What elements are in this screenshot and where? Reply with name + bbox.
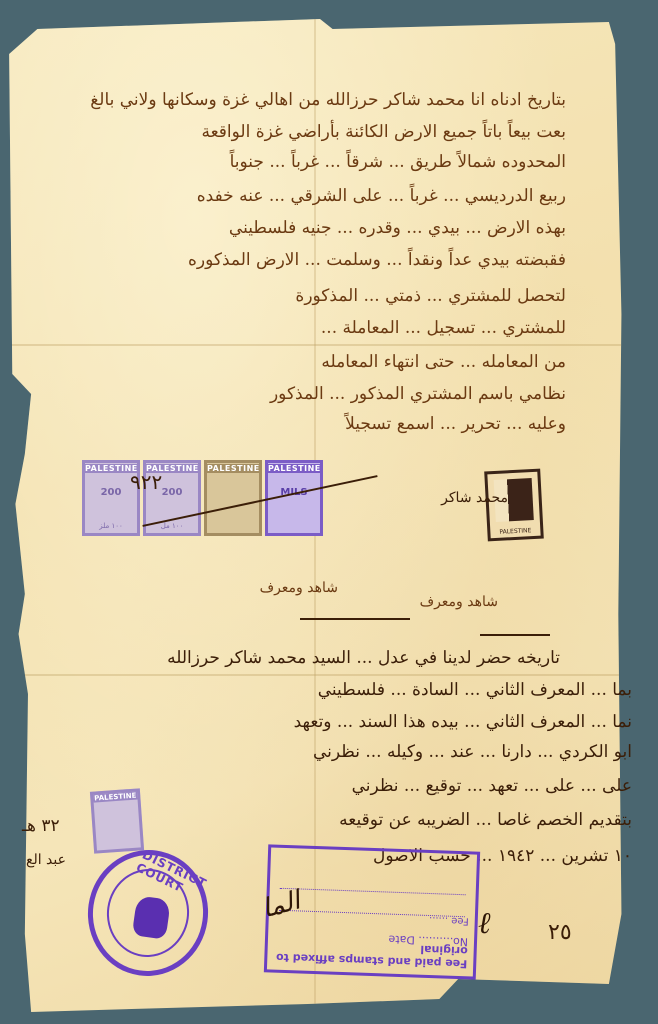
certification-line: بما ... المعرف الثاني ... السادة ... فلس… [318,680,632,700]
deed-line: من المعامله ... حتى انتهاء المعامله [321,352,566,372]
deed-line: ربيع الدرديسي ... غرباً ... على الشرقي .… [197,186,566,206]
deed-line: بعت بيعاً باتاً جميع الارض الكائنة بأراض… [201,122,566,142]
deed-line: نظامي باسم المشتري المذكور ... المذكور [270,384,566,404]
certification-line: بتقديم الخصم غاصا ... الضريبه عن توقيعه [339,810,632,830]
fee-amount: ٢٥ [548,920,572,945]
dotted-line [280,888,466,895]
deed-line: بتاريخ ادناه انا محمد شاكر حرزالله من اه… [90,90,566,110]
marginal-note: ٣٢ هـ [22,816,60,836]
certification-line: على ... على ... تعهد ... توقيع ... نظرني [352,776,632,796]
witness-label: شاهد ومعرف [420,594,498,610]
deed-line: للمشتري ... تسجيل ... المعاملة ... [321,318,566,338]
deed-line: وعليه ... تحرير ... اسمع تسجيلاً [345,414,566,434]
stamp-cancel-mark: ٩٢٢ [130,470,162,494]
fold-line [6,674,634,676]
certification-line: ابو الكردي ... دارنا ... عند ... وكيله .… [313,742,632,762]
witness-signature-stroke [300,618,410,620]
revenue-stamp: PALESTINE [204,460,262,536]
official-signature: ℓ [478,906,491,941]
revenue-stamps: PALESTINE 200 ١٠٠ ملز PALESTINE 200 ١٠٠ … [82,460,323,536]
deed-line: بهذه الارض ... بيدي ... وقدره ... جنيه ف… [229,218,566,238]
witness-signature-stroke [480,634,550,636]
deed-line: المحدوده شمالاً طريق ... شرقاً ... غرباً… [230,152,566,172]
certification-line: نما ... المعرف الثاني ... بيده هذا السند… [294,712,632,732]
certification-line: تاريخه حضر لدينا في عدل ... السيد محمد ش… [167,648,560,668]
fold-line [6,344,634,346]
marginal-note: عبد الع [26,852,66,868]
seller-signature: محمد شاكر [441,490,508,506]
deed-line: فقبضته بيدي عداً ونقداً ... وسلمت ... ال… [188,250,566,270]
witness-label: شاهد ومعرف [260,580,338,596]
deed-line: لتحصل للمشتري ... ذمتي ... المذكورة [295,286,566,306]
small-revenue-stamp: PALESTINE [90,788,144,853]
seal-emblem-icon [132,895,171,939]
